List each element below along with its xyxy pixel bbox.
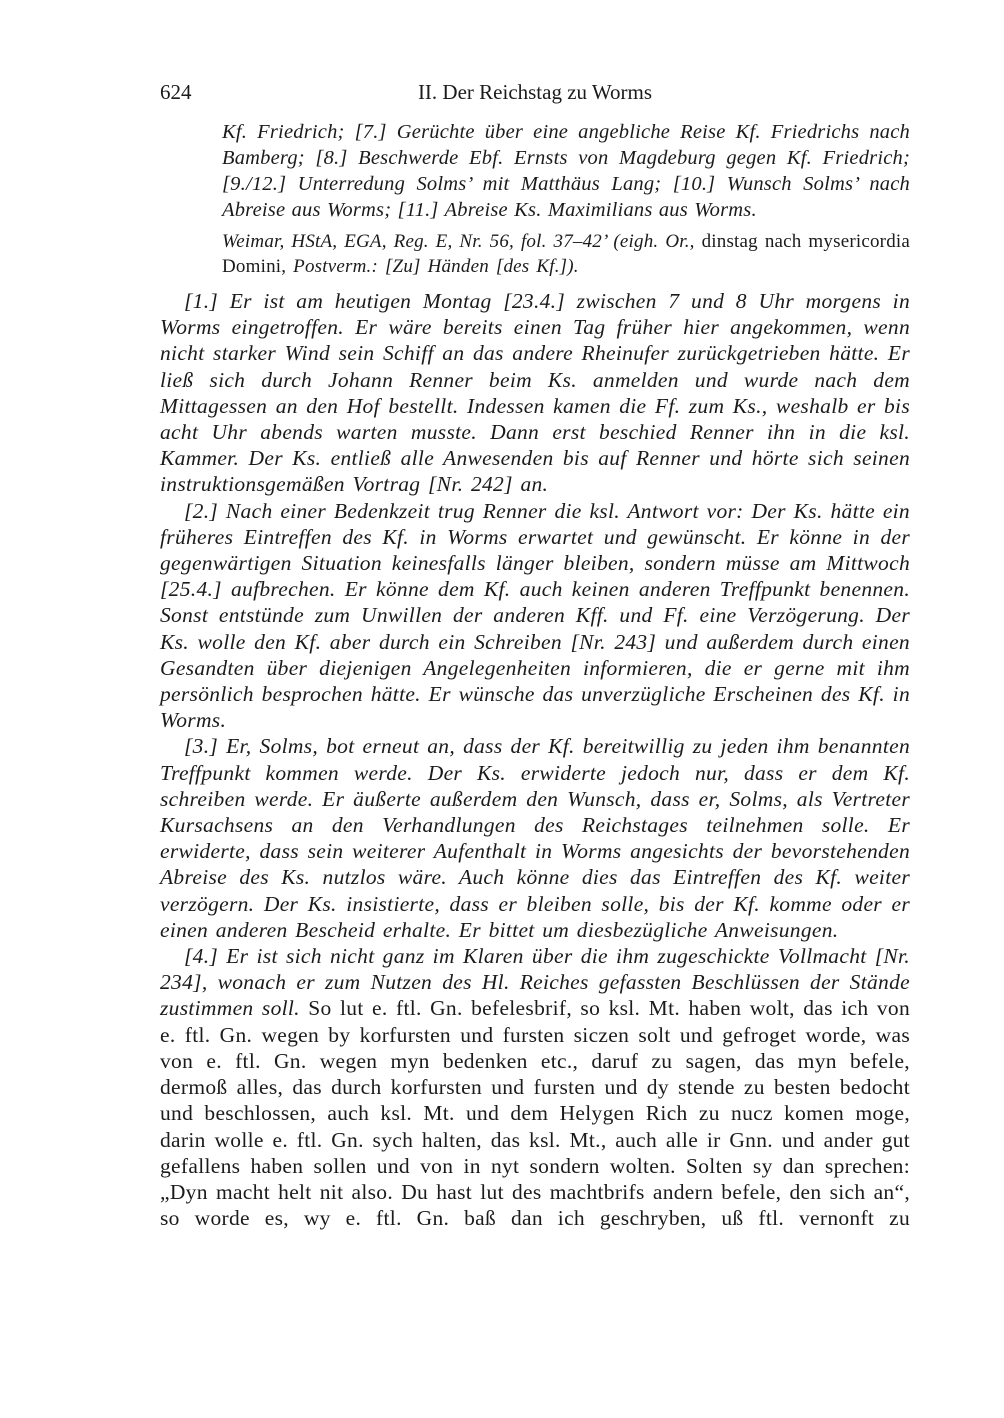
text-segment: [2.] Nach einer Bedenkzeit trug Renner d… <box>160 499 910 733</box>
text-block: 624 II. Der Reichstag zu Worms Kf. Fried… <box>160 80 910 1231</box>
text-segment: [1.] Er ist am heutigen Montag [23.4.] z… <box>160 289 910 496</box>
text-segment: Weimar, HStA, EGA, Reg. E, Nr. 56, fol. … <box>222 231 702 252</box>
paragraph-2: [2.] Nach einer Bedenkzeit trug Renner d… <box>160 498 910 734</box>
paragraph-4: [4.] Er ist sich nicht ganz im Klaren üb… <box>160 943 910 1231</box>
text-segment: [3.] Er, Solms, bot erneut an, dass der … <box>160 734 910 941</box>
text-segment: Postverm.: [Zu] Händen [des Kf.]). <box>293 256 579 277</box>
paragraph-3: [3.] Er, Solms, bot erneut an, dass der … <box>160 733 910 943</box>
running-header: II. Der Reichstag zu Worms <box>160 80 910 105</box>
text-segment: So lut e. ftl. Gn. befelesbrif, so ksl. … <box>160 996 910 1230</box>
paragraph-1: [1.] Er ist am heutigen Montag [23.4.] z… <box>160 288 910 498</box>
source-citation: Weimar, HStA, EGA, Reg. E, Nr. 56, fol. … <box>222 229 910 279</box>
book-page: 624 II. Der Reichstag zu Worms Kf. Fried… <box>0 0 1004 1418</box>
page-header: 624 II. Der Reichstag zu Worms <box>160 80 910 105</box>
regest-summary: Kf. Friedrich; [7.] Gerüchte über eine a… <box>222 119 910 223</box>
page-number: 624 <box>160 80 192 105</box>
body-paragraphs: [1.] Er ist am heutigen Montag [23.4.] z… <box>160 288 910 1231</box>
